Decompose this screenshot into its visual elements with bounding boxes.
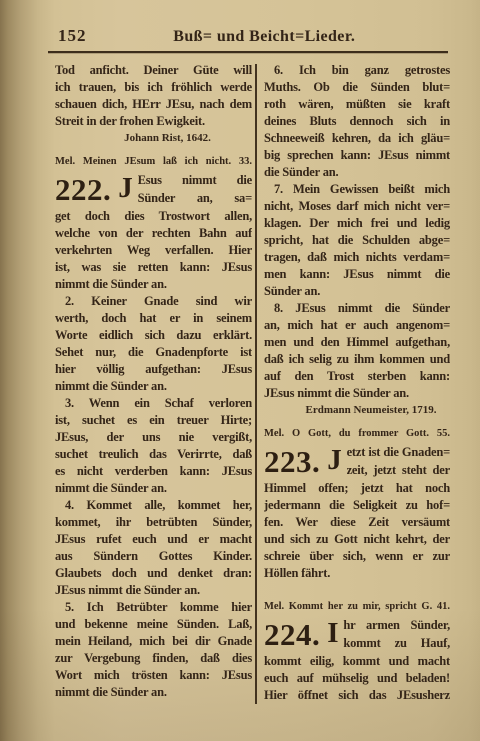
text-line: mein Heiland, mich bei dir Gnade [55, 633, 252, 650]
hymn-222-number: 222. [55, 172, 111, 207]
text-line: an, mich hat er auch angenom= [264, 317, 450, 334]
text-line: nimmt die Sünder an. [55, 480, 252, 497]
text-line: etzt ist die Gnaden= [347, 444, 450, 461]
text-line: Sünder an. [264, 283, 450, 300]
text-line: 6. Ich bin ganz getrostes [264, 62, 450, 79]
text-line: euch auf mühselig und beladen! [264, 670, 450, 687]
text-line: und bekenne meine Sünden. Laß, [55, 616, 252, 633]
text-line: welche von der rechten Bahn auf [55, 225, 252, 242]
text-line: men kann: JEsus nimmt die [264, 266, 450, 283]
text-line: Worte eidlich sich dazu erklärt. [55, 327, 252, 344]
text-line: suchet treulich das Verirrte, daß [55, 446, 252, 463]
text-line: Muths. Ob die Sünden blut= [264, 79, 450, 96]
hymn-223-verse-1: Himmel offen; jetzt hat nochjedermann di… [264, 480, 450, 582]
text-line: Streit in der frohen Ewigkeit. [55, 113, 252, 130]
hymn-223-number: 223. [264, 444, 320, 479]
header-rule [48, 51, 448, 53]
text-line: Sünder an, sa= [138, 190, 252, 207]
text-line: get doch dies Trostwort allen, [55, 208, 252, 225]
hymn-224-number: 224. [264, 617, 320, 652]
text-line: und sich zu Gott nicht kehrt, der [264, 531, 450, 548]
hymn-224-first-lines: hr armen Sünder,kommt zu Hauf, [343, 617, 450, 652]
hymn-224-verse-1: kommt eilig, kommt und machteuch auf müh… [264, 653, 450, 704]
hymn-223-first-lines: etzt ist die Gnaden=zeit, jetzt steht de… [347, 444, 450, 479]
right-column: 6. Ich bin ganz getrostesMuths. Ob die S… [264, 62, 450, 704]
hymn-224-melody-line: Mel. Kommt her zu mir, spricht G. 41. [264, 596, 450, 616]
text-line: nimmt die Sünder an. [55, 378, 252, 395]
hymn-222-first-lines: Esus nimmt dieSünder an, sa= [138, 172, 252, 207]
hymn-222-attribution: Erdmann Neumeister, 1719. [264, 402, 450, 419]
text-line: ich trauen, bis ich fröhlich werde [55, 79, 252, 96]
text-line: hr armen Sünder, [343, 617, 450, 634]
text-line: aus Sündern Gottes Kinder. [55, 548, 252, 565]
hymn-222-verse-5: 5. Ich Betrübter komme hierund bekenne m… [55, 599, 252, 701]
text-line: Esus nimmt die [138, 172, 252, 189]
text-line: Tod anficht. Deiner Güte will [55, 62, 252, 79]
text-line: nimmt die Sünder an. [55, 276, 252, 293]
page-number: 152 [58, 26, 87, 46]
hymn-222-verse-6: 6. Ich bin ganz getrostesMuths. Ob die S… [264, 62, 450, 181]
hymn-223-dropcap: J [327, 444, 341, 477]
hymn-222-verse-1: get doch dies Trostwort allen,welche von… [55, 208, 252, 293]
text-line: werth, doch hat er in seinem [55, 310, 252, 327]
text-line: ist, was sie retten kann: JEsus [55, 259, 252, 276]
text-line: Schneeweiß kehren, da ich gläu= [264, 130, 450, 147]
text-line: kommet, ihr betrübten Sünder, [55, 514, 252, 531]
text-line: spricht, hat die Schulden abge= [264, 232, 450, 249]
hymnal-page: 152 Buß= und Beicht=Lieder. Tod anficht.… [0, 0, 480, 741]
text-line: 4. Kommet alle, kommet her, [55, 497, 252, 514]
text-line: roth wären, müßten sie kraft [264, 96, 450, 113]
text-line: men und den Himmel aufgethan, [264, 334, 450, 351]
hymn-222-opening: 222. J Esus nimmt dieSünder an, sa= [55, 172, 252, 208]
text-line: fen. Wer diese Zeit versäumt [264, 514, 450, 531]
text-line: Glaubets doch und denket dran: [55, 565, 252, 582]
text-line: nimmt die Sünder an. [55, 684, 252, 701]
text-line: schreie über sich, wenn er zur [264, 548, 450, 565]
left-column: Tod anficht. Deiner Güte willich trauen,… [55, 62, 252, 704]
hymn-222-verse-7: 7. Mein Gewissen beißt michnicht, Moses … [264, 181, 450, 300]
text-line: Sehet nur, die Gnadenpforte ist [55, 344, 252, 361]
text-line: 2. Keiner Gnade sind wir [55, 293, 252, 310]
text-line: deines Bluts dennoch sich in [264, 113, 450, 130]
hymn-221-attribution: Johann Rist, 1642. [55, 130, 252, 147]
text-line: tragen, daß mich nichts verdam= [264, 249, 450, 266]
text-line: kommt zu Hauf, [343, 635, 450, 652]
text-line: klagen. Der mich frei und ledig [264, 215, 450, 232]
text-line: 5. Ich Betrübter komme hier [55, 599, 252, 616]
hymn-223-opening: 223. J etzt ist die Gnaden=zeit, jetzt s… [264, 444, 450, 480]
text-line: JEsus, der uns nie vergißt, [55, 429, 252, 446]
text-line: Hier öffnet sich das JEsusherz [264, 687, 450, 704]
text-line: schauen dich, HErr JEsu, nach dem [55, 96, 252, 113]
text-line: Höllen fährt. [264, 565, 450, 582]
text-line: die Sünder an. [264, 164, 450, 181]
hymn-222-verse-8: 8. JEsus nimmt die Sünderan, mich hat er… [264, 300, 450, 402]
hymn-222-dropcap: J [118, 172, 132, 205]
text-line: nicht, Moses darf mich nicht ver= [264, 198, 450, 215]
text-line: 7. Mein Gewissen beißt mich [264, 181, 450, 198]
hymn-224-dropcap: I [327, 617, 338, 650]
text-line: zeit, jetzt steht der [347, 462, 450, 479]
text-line: es nicht verderben kann: JEsus [55, 463, 252, 480]
text-columns: Tod anficht. Deiner Güte willich trauen,… [55, 62, 450, 704]
text-line: JEsus nimmt die Sünder an. [55, 582, 252, 599]
text-line: Himmel offen; jetzt hat noch [264, 480, 450, 497]
text-line: kommt eilig, kommt und macht [264, 653, 450, 670]
hymn-222-verse-4: 4. Kommet alle, kommet her,kommet, ihr b… [55, 497, 252, 599]
text-line: big sprechen kann: JEsus nimmt [264, 147, 450, 164]
hymn-224-opening: 224. I hr armen Sünder,kommt zu Hauf, [264, 617, 450, 653]
text-line: JEsus rufet euch und er macht [55, 531, 252, 548]
text-line: verkehrten Weg verfallen. Hier [55, 242, 252, 259]
hymn-222-verse-3: 3. Wenn ein Schaf verlorenist, suchet es… [55, 395, 252, 497]
text-line: auf den Trost sterben kann: [264, 368, 450, 385]
page-title: Buß= und Beicht=Lieder. [87, 28, 443, 46]
text-line: ist, suchet es ein treuer Hirte; [55, 412, 252, 429]
text-line: daß ich selig zu ihm kommen und [264, 351, 450, 368]
text-line: hier völlig aufgethan: JEsus [55, 361, 252, 378]
hymn-221-continuation: Tod anficht. Deiner Güte willich trauen,… [55, 62, 252, 130]
text-line: jedermann die Seligkeit zu hof= [264, 497, 450, 514]
text-line: zur Vergebung finden, daß dies [55, 650, 252, 667]
text-line: 3. Wenn ein Schaf verloren [55, 395, 252, 412]
page-header: 152 Buß= und Beicht=Lieder. [58, 26, 442, 46]
hymn-223-melody-line: Mel. O Gott, du frommer Gott. 55. [264, 423, 450, 443]
hymn-222-verse-2: 2. Keiner Gnade sind wirwerth, doch hat … [55, 293, 252, 395]
text-line: JEsus nimmt die Sünder an. [264, 385, 450, 402]
column-divider-rule [255, 64, 257, 704]
text-line: 8. JEsus nimmt die Sünder [264, 300, 450, 317]
hymn-222-melody-line: Mel. Meinen JEsum laß ich nicht. 33. [55, 151, 252, 171]
text-line: Wort mich trösten kann: JEsus [55, 667, 252, 684]
